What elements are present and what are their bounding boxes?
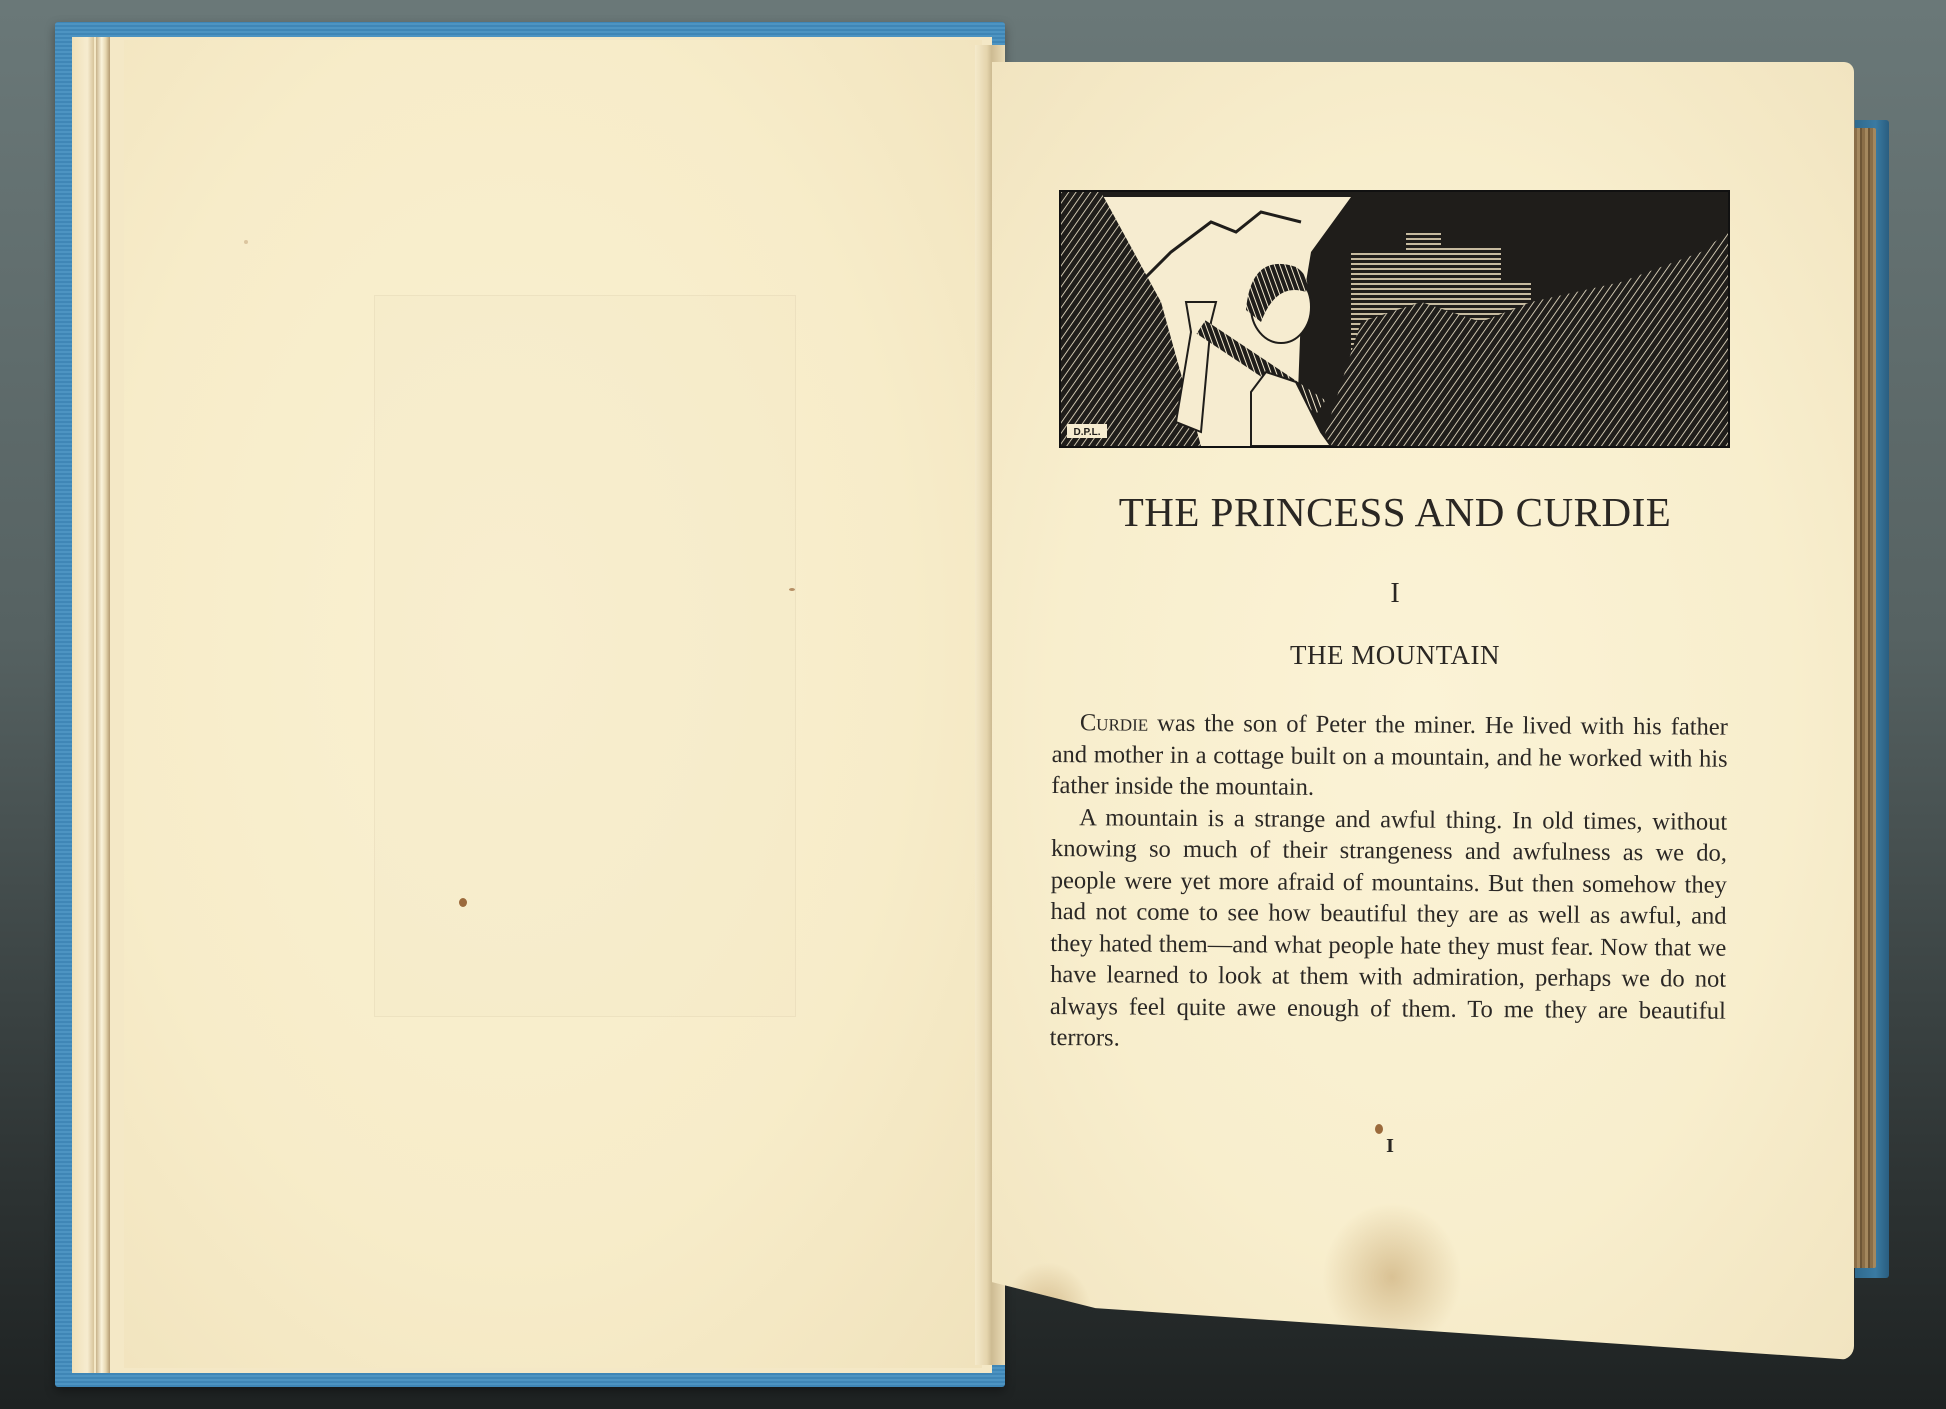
chapter-title: THE MOUNTAIN (1060, 640, 1730, 671)
page-number: I (1370, 1135, 1410, 1158)
paragraph-text: was the son of Peter the miner. He lived… (1051, 710, 1728, 801)
water-stain (1322, 1202, 1462, 1352)
svg-text:D.P.L.: D.P.L. (1073, 427, 1100, 438)
left-page-blank (124, 40, 982, 1368)
foxing-spot (459, 898, 467, 907)
book-title: THE PRINCESS AND CURDIE (1060, 488, 1730, 536)
foxing-spot (789, 588, 795, 591)
chapter-body: Curdie was the son of Peter the miner. H… (1050, 707, 1728, 1058)
drop-lead-word: Curdie (1080, 709, 1148, 736)
chapter-number: I (1060, 578, 1730, 610)
paragraph: Curdie was the son of Peter the miner. H… (1051, 707, 1728, 806)
show-through-ghost (374, 295, 796, 1017)
foxing-spot (244, 240, 248, 244)
chapter-illustration: D.P.L. (1059, 190, 1730, 448)
woodcut-image: D.P.L. (1061, 192, 1728, 446)
paragraph: A mountain is a strange and awful thing.… (1050, 801, 1728, 1058)
paragraph-text: A mountain is a strange and awful thing.… (1050, 804, 1728, 1052)
water-stain (1002, 1262, 1092, 1362)
page-edge (96, 37, 110, 1373)
foxing-spot (1375, 1124, 1383, 1134)
page-edge (72, 37, 94, 1373)
